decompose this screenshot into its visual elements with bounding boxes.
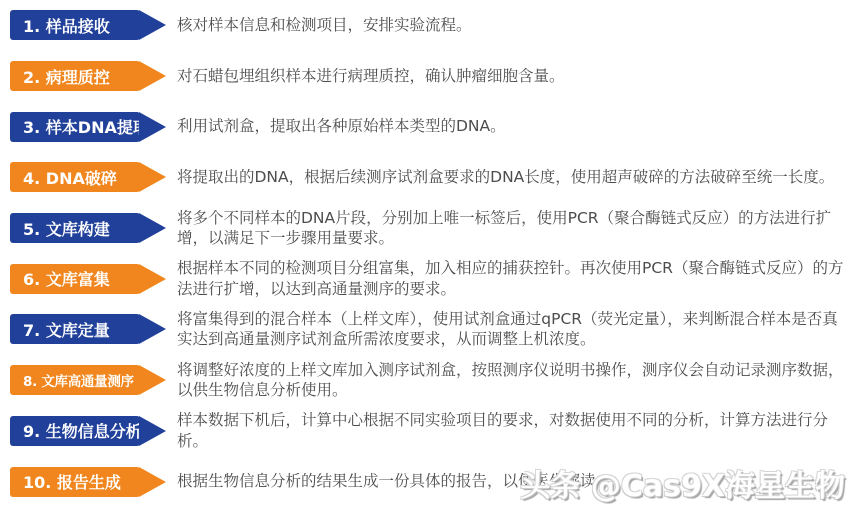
- step-arrow-label: 2. 病理质控: [10, 61, 140, 91]
- step-number-label: 7. 文库定量: [23, 318, 110, 341]
- step-arrow-label: 6. 文库富集: [10, 264, 140, 294]
- step-row: 1. 样品接收 核对样本信息和检测项目，安排实验流程。: [10, 0, 850, 51]
- step-description: 根据样本不同的检测项目分组富集，加入相应的捕获控针。再次使用PCR（聚合酶链式反…: [177, 258, 850, 299]
- step-description: 对石蜡包埋组织样本进行病理质控，确认肿瘤细胞含量。: [177, 66, 850, 87]
- step-number-label: 5. 文库构建: [23, 217, 110, 240]
- step-number-label: 6. 文库富集: [23, 267, 110, 290]
- step-description: 利用试剂盒，提取出各种原始样本类型的DNA。: [177, 116, 850, 137]
- step-description: 将提取出的DNA，根据后续测序试剂盒要求的DNA长度，使用超声破碎的方法破碎至统…: [177, 167, 850, 188]
- step-number-label: 1. 样品接收: [23, 14, 110, 37]
- ngs-workflow-infographic: 1. 样品接收 核对样本信息和检测项目，安排实验流程。 2. 病理质控 对石蜡包…: [0, 0, 850, 507]
- step-description: 将调整好浓度的上样文库加入测序试剂盒，按照测序仪说明书操作，测序仪会自动记录测序…: [177, 360, 850, 401]
- step-arrow-label: 8. 文库高通量测序: [10, 365, 140, 395]
- step-number-label: 9. 生物信息分析: [23, 419, 142, 442]
- step-description: 将多个不同样本的DNA片段，分别加上唯一标签后，使用PCR（聚合酶链式反应）的方…: [177, 208, 850, 249]
- step-description: 样本数据下机后，计算中心根据不同实验项目的要求，对数据使用不同的分析，计算方法进…: [177, 410, 850, 451]
- step-row: 8. 文库高通量测序 将调整好浓度的上样文库加入测序试剂盒，按照测序仪说明书操作…: [10, 355, 850, 406]
- step-arrow-label: 9. 生物信息分析: [10, 416, 140, 446]
- step-arrow-label: 1. 样品接收: [10, 10, 140, 40]
- step-row: 5. 文库构建 将多个不同样本的DNA片段，分别加上唯一标签后，使用PCR（聚合…: [10, 203, 850, 254]
- step-number-label: 3. 样本DNA提取: [23, 115, 149, 138]
- process-flow: 1. 样品接收 核对样本信息和检测项目，安排实验流程。 2. 病理质控 对石蜡包…: [0, 0, 850, 507]
- step-row: 3. 样本DNA提取 利用试剂盒，提取出各种原始样本类型的DNA。: [10, 101, 850, 152]
- step-row: 7. 文库定量 将富集得到的混合样本（上样文库），使用试剂盒通过qPCR（荧光定…: [10, 304, 850, 355]
- step-number-label: 4. DNA破碎: [23, 166, 117, 189]
- step-arrow-label: 3. 样本DNA提取: [10, 112, 140, 142]
- step-row: 10. 报告生成 根据生物信息分析的结果生成一份具体的报告，以便医生解读: [10, 456, 850, 507]
- step-number-label: 2. 病理质控: [23, 65, 110, 88]
- step-description: 将富集得到的混合样本（上样文库），使用试剂盒通过qPCR（荧光定量），来判断混合…: [177, 309, 850, 350]
- step-arrow-label: 7. 文库定量: [10, 314, 140, 344]
- step-number-label: 8. 文库高通量测序: [23, 370, 134, 390]
- step-description: 根据生物信息分析的结果生成一份具体的报告，以便医生解读: [177, 471, 850, 492]
- step-arrow-label: 5. 文库构建: [10, 213, 140, 243]
- step-description: 核对样本信息和检测项目，安排实验流程。: [177, 15, 850, 36]
- step-arrow-label: 10. 报告生成: [10, 467, 140, 497]
- step-row: 6. 文库富集 根据样本不同的检测项目分组富集，加入相应的捕获控针。再次使用PC…: [10, 253, 850, 304]
- step-number-label: 10. 报告生成: [23, 470, 121, 493]
- step-row: 2. 病理质控 对石蜡包埋组织样本进行病理质控，确认肿瘤细胞含量。: [10, 51, 850, 102]
- step-arrow-label: 4. DNA破碎: [10, 162, 140, 192]
- step-row: 9. 生物信息分析 样本数据下机后，计算中心根据不同实验项目的要求，对数据使用不…: [10, 406, 850, 457]
- step-row: 4. DNA破碎 将提取出的DNA，根据后续测序试剂盒要求的DNA长度，使用超声…: [10, 152, 850, 203]
